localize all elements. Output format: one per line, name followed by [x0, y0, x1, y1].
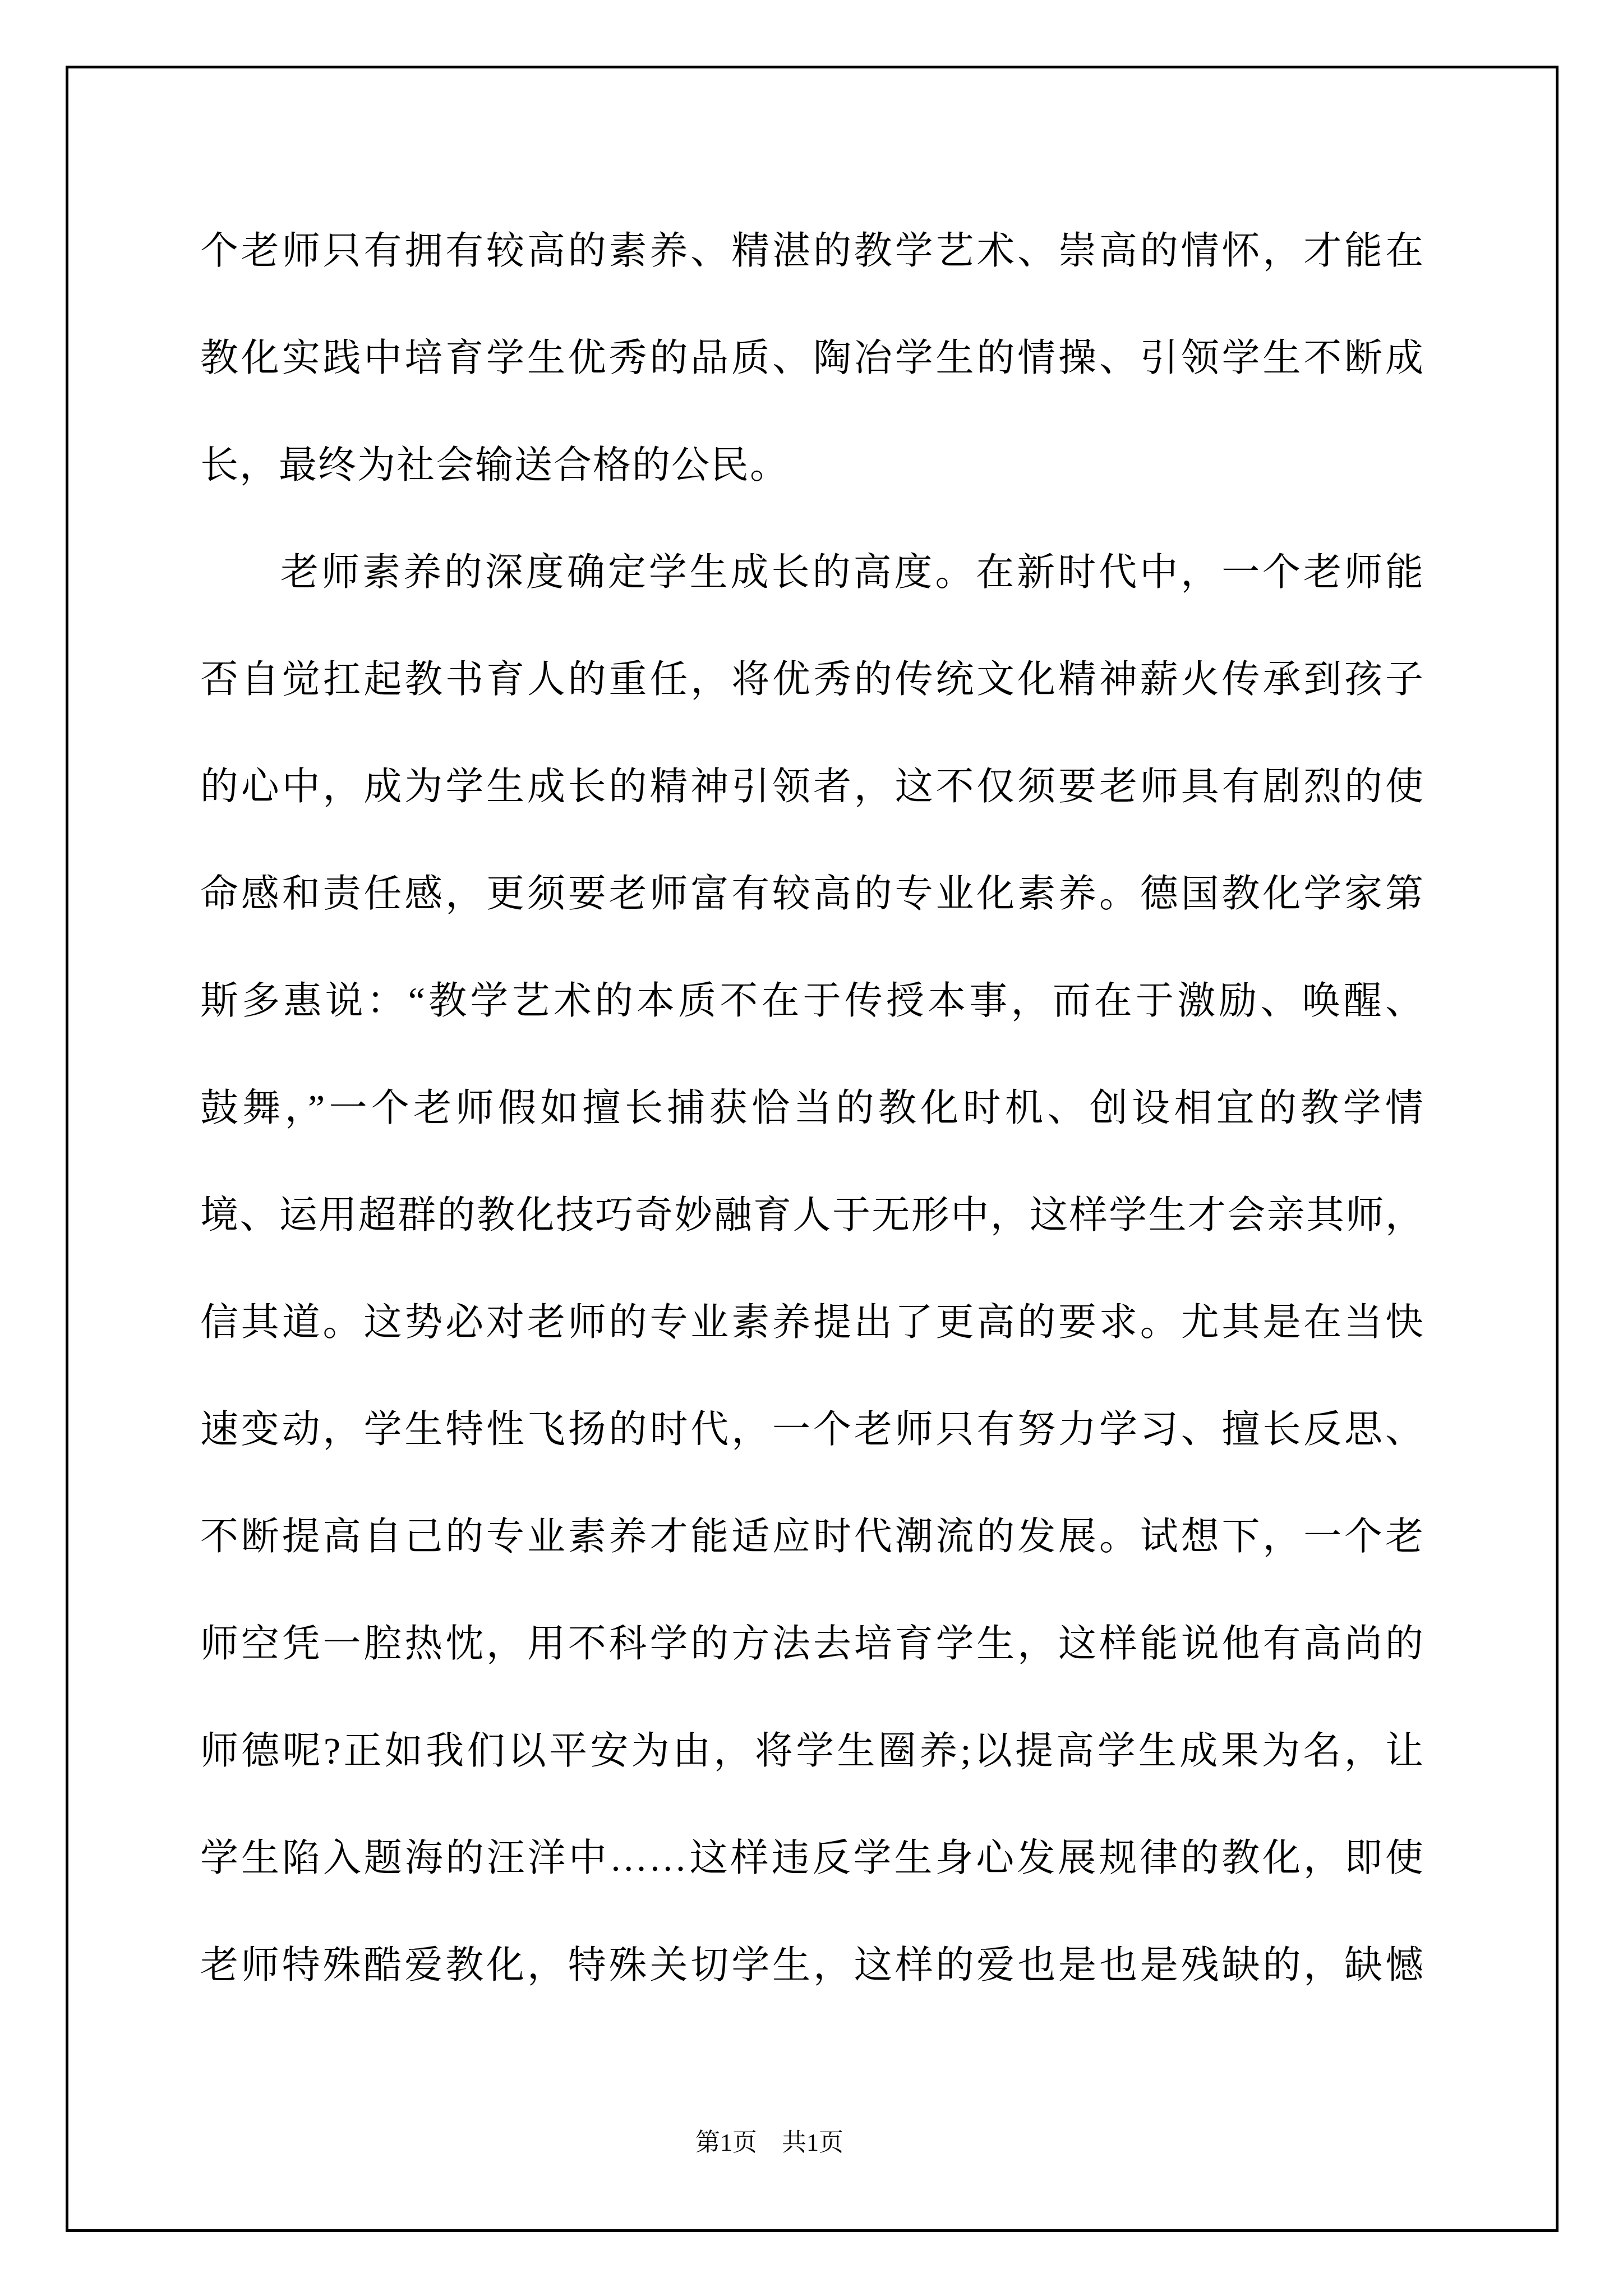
- document-body: 个老师只有拥有较高的素养、精湛的教学艺术、崇高的情怀，才能在 教化实践中培育学生…: [200, 197, 1424, 2019]
- document-page: { "doc": { "lines": [ "个老师只有拥有较高的素养、精湛的教…: [0, 0, 1623, 2296]
- text-line: 师德呢?正如我们以平安为由，将学生圈养;以提高学生成果为名，让: [200, 1697, 1424, 1805]
- text-line: 境、运用超群的教化技巧奇妙融育人于无形中，这样学生才会亲其师，: [200, 1162, 1424, 1269]
- text-line: 个老师只有拥有较高的素养、精湛的教学艺术、崇高的情怀，才能在: [200, 197, 1424, 305]
- text-line: 师空凭一腔热忱，用不科学的方法去培育学生，这样能说他有高尚的: [200, 1590, 1424, 1697]
- text-line: 学生陷入题海的汪洋中……这样违反学生身心发展规律的教化，即使: [200, 1805, 1424, 1912]
- text-line: 教化实践中培育学生优秀的品质、陶冶学生的情操、引领学生不断成: [200, 305, 1424, 412]
- text-line: 速变动，学生特性飞扬的时代，一个老师只有努力学习、擅长反思、: [200, 1376, 1424, 1483]
- text-line: 长，最终为社会输送合格的公民。: [200, 412, 1424, 519]
- page-footer: 第1页 共1页: [0, 2126, 1539, 2160]
- text-line: 老师特殊酷爱教化，特殊关切学生，这样的爱也是也是残缺的，缺憾: [200, 1912, 1424, 2019]
- text-line: 否自觉扛起教书育人的重任，将优秀的传统文化精神薪火传承到孩子: [200, 626, 1424, 733]
- text-line: 的心中，成为学生成长的精神引领者，这不仅须要老师具有剧烈的使: [200, 733, 1424, 840]
- text-line: 不断提高自己的专业素养才能适应时代潮流的发展。试想下，一个老: [200, 1483, 1424, 1590]
- text-line: 老师素养的深度确定学生成长的高度。在新时代中，一个老师能: [200, 519, 1424, 626]
- text-line: 命感和责任感，更须要老师富有较高的专业化素养。德国教化学家第: [200, 840, 1424, 947]
- text-line: 斯多惠说：“教学艺术的本质不在于传授本事，而在于激励、唤醒、: [200, 947, 1424, 1055]
- text-line: 信其道。这势必对老师的专业素养提出了更高的要求。尤其是在当快: [200, 1269, 1424, 1376]
- text-line: 鼓舞，”一个老师假如擅长捕获恰当的教化时机、创设相宜的教学情: [200, 1055, 1424, 1162]
